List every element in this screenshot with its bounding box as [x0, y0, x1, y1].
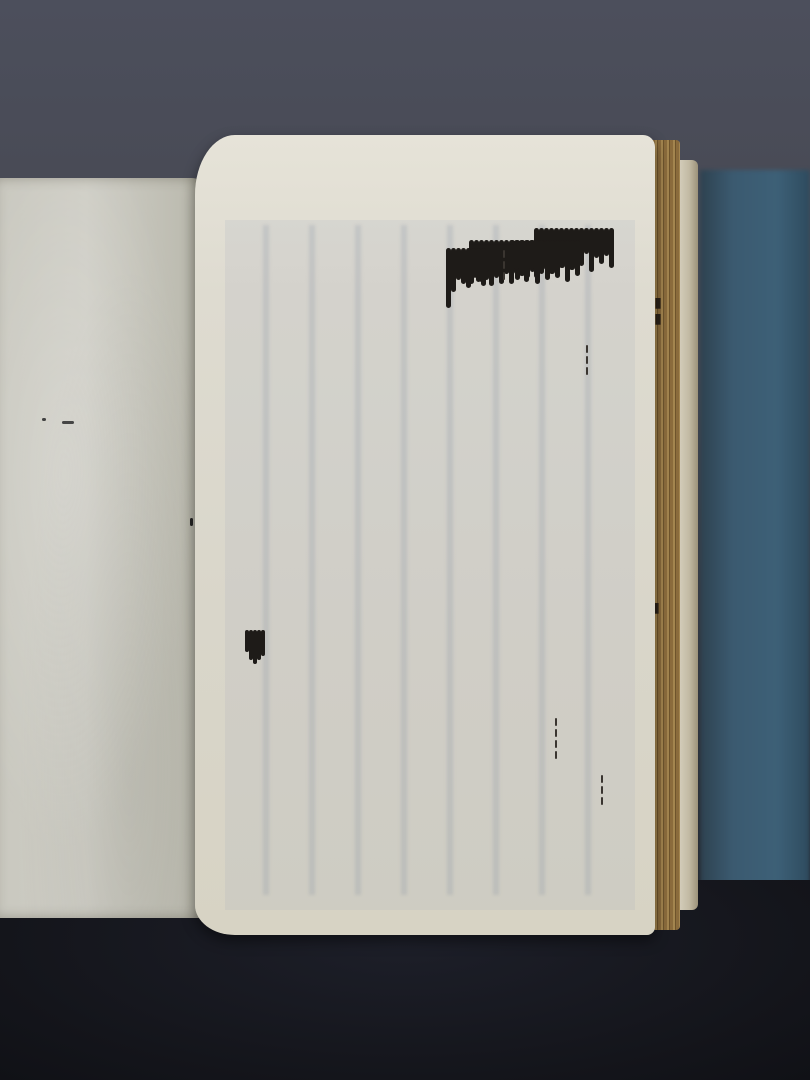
calligraphy-column-5	[460, 248, 486, 648]
left-page	[0, 178, 215, 918]
calligraphy-column-4	[488, 244, 514, 644]
furigana-gloss	[598, 775, 606, 808]
ink-speck	[190, 518, 193, 526]
furigana-gloss	[583, 345, 591, 378]
right-page	[195, 135, 655, 935]
ink-speck	[42, 418, 46, 421]
calligraphy-column-3	[518, 240, 544, 880]
furigana-gloss	[552, 718, 560, 762]
signature-inscription	[225, 630, 265, 790]
blue-backdrop	[700, 170, 810, 890]
furigana-gloss	[500, 250, 508, 283]
ink-speck	[62, 421, 74, 424]
